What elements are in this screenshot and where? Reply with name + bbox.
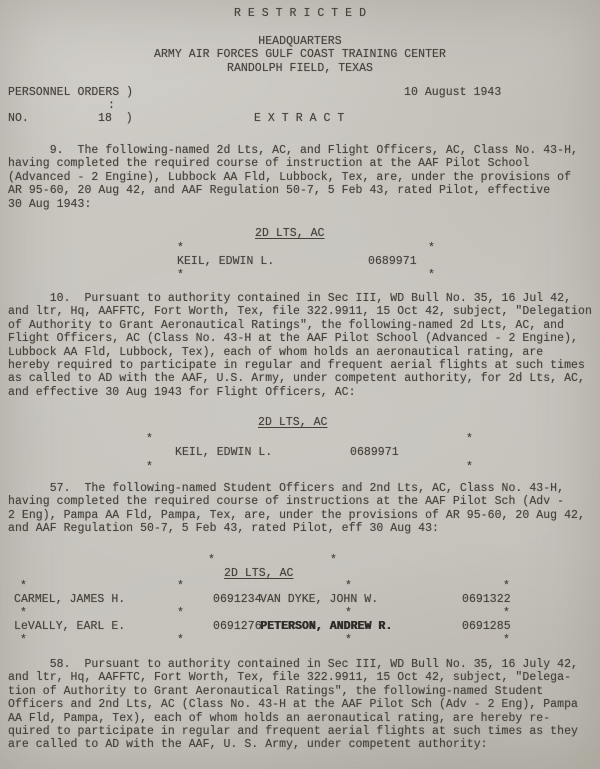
star-separator: * (503, 607, 510, 620)
officer-serial: 0689971 (350, 446, 399, 459)
extract-title: E X T R A C T (254, 112, 344, 125)
headquarters-line-2: ARMY AIR FORCES GULF COAST TRAINING CENT… (0, 48, 600, 61)
star-separator: * (345, 580, 352, 593)
paragraph-58: 58. Pursuant to authority contained in S… (8, 658, 598, 752)
paragraph-10: 10. Pursuant to authority contained in S… (8, 292, 598, 399)
star-separator: * (466, 433, 473, 446)
headquarters-line-3: RANDOLPH FIELD, TEXAS (0, 62, 600, 75)
star-separator: * (146, 433, 153, 446)
section-heading: 2D LTS, AC (258, 416, 328, 429)
paragraph-9: 9. The following-named 2d Lts, AC, and F… (8, 144, 598, 211)
star-separator: * (428, 269, 435, 282)
roster-cell-name: PETERSON, ANDREW R. (260, 620, 392, 633)
star-separator: * (146, 461, 153, 474)
star-separator: * (177, 269, 184, 282)
roster-heading: 2D LTS, AC (224, 567, 294, 580)
star-separator: * (503, 634, 510, 647)
rating-section-lubbock-1: 2D LTS, AC * * KEIL, EDWIN L. 0689971 * … (0, 226, 600, 286)
roster-cell-serial: 0691322 (462, 593, 511, 606)
star-separator: * (177, 580, 184, 593)
star-separator: * (466, 461, 473, 474)
star-separator: * (330, 554, 337, 567)
roster-cell-serial: 0691234 (213, 593, 262, 606)
roster-cell-name: VAN DYKE, JOHN W. (260, 593, 378, 606)
officer-serial: 0689971 (368, 255, 417, 268)
order-number-value: 18 ) (98, 112, 133, 125)
star-separator: * (20, 634, 27, 647)
scanned-document-page: R E S T R I C T E D HEADQUARTERS ARMY AI… (0, 0, 600, 769)
roster-cell-name: LeVALLY, EARL E. (14, 620, 125, 633)
rating-section-lubbock-2: 2D LTS, AC * * KEIL, EDWIN L. 0689971 * … (0, 414, 600, 478)
paragraph-57: 57. The following-named Student Officers… (8, 482, 598, 536)
star-separator: * (20, 607, 27, 620)
officer-name: KEIL, EDWIN L. (177, 255, 274, 268)
star-separator: * (208, 554, 215, 567)
roster-cell-serial: 0691285 (462, 620, 511, 633)
star-separator: * (345, 634, 352, 647)
order-header: PERSONNEL ORDERS ) 10 August 1943 : NO. … (8, 86, 592, 132)
star-separator: * (177, 634, 184, 647)
roster-section-pampa: * * 2D LTS, AC * * * * CARMEL, JAMES H. … (0, 553, 600, 649)
roster-cell-serial: 0691276 (213, 620, 262, 633)
headquarters-block: HEADQUARTERS ARMY AIR FORCES GULF COAST … (0, 35, 600, 75)
personnel-orders-label: PERSONNEL ORDERS ) (8, 86, 133, 99)
star-separator: * (428, 242, 435, 255)
order-colon: : (108, 99, 115, 112)
officer-name: KEIL, EDWIN L. (175, 446, 272, 459)
roster-cell-name: CARMEL, JAMES H. (14, 593, 125, 606)
order-number-label: NO. (8, 112, 29, 125)
star-separator: * (177, 607, 184, 620)
star-separator: * (20, 580, 27, 593)
star-separator: * (177, 242, 184, 255)
order-date: 10 August 1943 (404, 86, 501, 99)
classification-banner: R E S T R I C T E D (0, 7, 600, 20)
headquarters-line-1: HEADQUARTERS (0, 35, 600, 48)
star-separator: * (345, 607, 352, 620)
section-heading: 2D LTS, AC (255, 227, 325, 240)
star-separator: * (503, 580, 510, 593)
